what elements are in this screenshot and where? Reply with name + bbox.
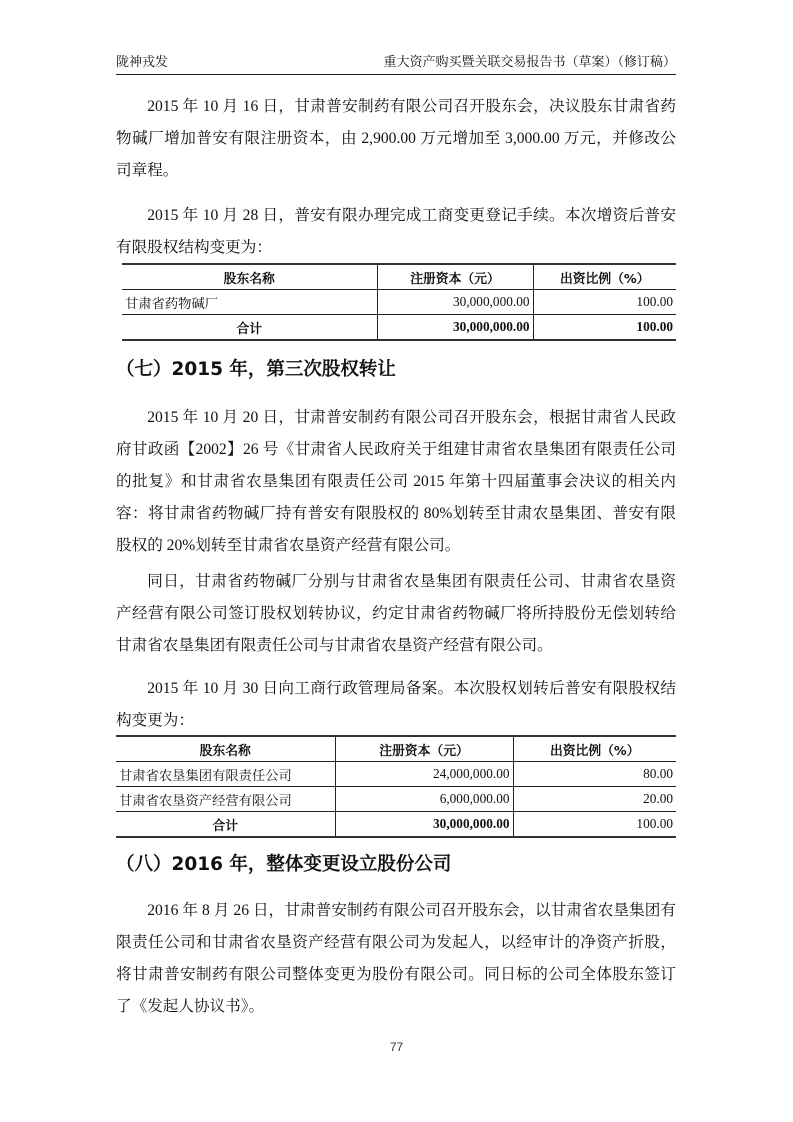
equity-structure-table-2: 股东名称 注册资本（元） 出资比例（%） 甘肃省农垦集团有限责任公司 24,00… [116, 735, 676, 838]
total-capital: 30,000,000.00 [377, 315, 533, 341]
column-header-shareholder: 股东名称 [122, 264, 377, 290]
table-row: 甘肃省药物碱厂 30,000,000.00 100.00 [122, 290, 676, 315]
total-label: 合计 [116, 812, 335, 838]
total-capital: 30,000,000.00 [335, 812, 513, 838]
registered-capital: 6,000,000.00 [335, 787, 513, 812]
equity-structure-table-1: 股东名称 注册资本（元） 出资比例（%） 甘肃省药物碱厂 30,000,000.… [122, 263, 676, 341]
header-document-title: 重大资产购买暨关联交易报告书（草案）（修订稿） [383, 51, 676, 70]
header-company-name: 陇神戎发 [116, 51, 168, 70]
column-header-shareholder: 股东名称 [116, 736, 335, 762]
table-total-row: 合计 30,000,000.00 100.00 [122, 315, 676, 341]
shareholder-name: 甘肃省农垦集团有限责任公司 [116, 762, 335, 787]
section-heading-7: （七）2015 年，第三次股权转让 [116, 355, 396, 381]
table-total-row: 合计 30,000,000.00 100.00 [116, 812, 676, 838]
shareholder-name: 甘肃省农垦资产经营有限公司 [116, 787, 335, 812]
total-label: 合计 [122, 315, 377, 341]
column-header-ratio: 出资比例（%） [533, 264, 676, 290]
total-ratio: 100.00 [533, 315, 676, 341]
table-row: 甘肃省农垦集团有限责任公司 24,000,000.00 80.00 [116, 762, 676, 787]
registered-capital: 30,000,000.00 [377, 290, 533, 315]
table-header-row: 股东名称 注册资本（元） 出资比例（%） [122, 264, 676, 290]
paragraph-joint-stock-conversion: 2016 年 8 月 26 日，甘肃普安制药有限公司召开股东会，以甘肃省农垦集团… [116, 895, 676, 1023]
paragraph-equity-transfer: 2015 年 10 月 20 日，甘肃普安制药有限公司召开股东会，根据甘肃省人民… [116, 402, 676, 562]
contribution-ratio: 80.00 [513, 762, 676, 787]
registered-capital: 24,000,000.00 [335, 762, 513, 787]
contribution-ratio: 20.00 [513, 787, 676, 812]
paragraph-transfer-agreement: 同日，甘肃省药物碱厂分别与甘肃省农垦集团有限责任公司、甘肃省农垦资产经营有限公司… [116, 566, 676, 662]
table-header-row: 股东名称 注册资本（元） 出资比例（%） [116, 736, 676, 762]
paragraph-capital-increase: 2015 年 10 月 16 日，甘肃普安制药有限公司召开股东会，决议股东甘肃省… [116, 91, 676, 187]
column-header-capital: 注册资本（元） [335, 736, 513, 762]
total-ratio: 100.00 [513, 812, 676, 838]
page-header: 陇神戎发 重大资产购买暨关联交易报告书（草案）（修订稿） [116, 52, 676, 75]
column-header-ratio: 出资比例（%） [513, 736, 676, 762]
paragraph-registration-change: 2015 年 10 月 28 日，普安有限办理完成工商变更登记手续。本次增资后普… [116, 200, 676, 264]
column-header-capital: 注册资本（元） [377, 264, 533, 290]
paragraph-filing: 2015 年 10 月 30 日向工商行政管理局备案。本次股权划转后普安有限股权… [116, 673, 676, 737]
section-heading-8: （八）2016 年，整体变更设立股份公司 [116, 850, 451, 876]
page-number: 77 [0, 1040, 793, 1054]
table-row: 甘肃省农垦资产经营有限公司 6,000,000.00 20.00 [116, 787, 676, 812]
contribution-ratio: 100.00 [533, 290, 676, 315]
shareholder-name: 甘肃省药物碱厂 [122, 290, 377, 315]
